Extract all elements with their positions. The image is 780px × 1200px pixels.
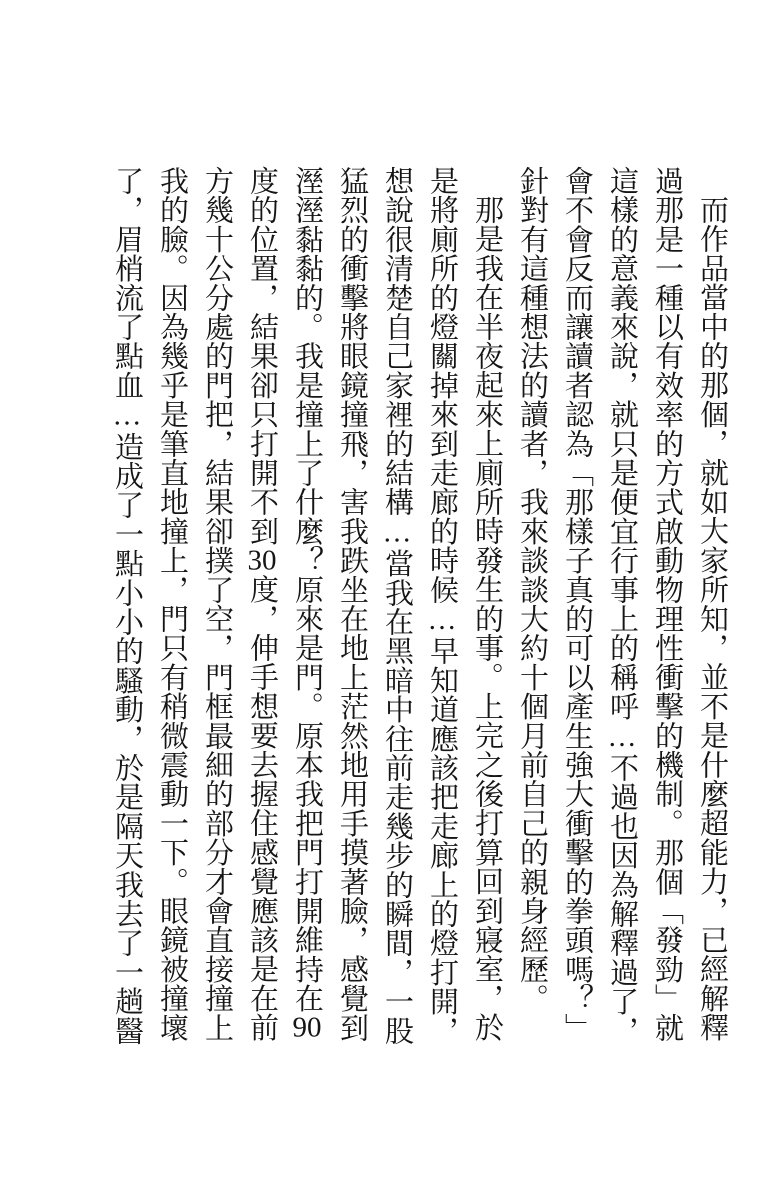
text-column: 這樣的意義來說，就只是便宜行事上的稱呼…不過也因為解釋過了，	[599, 166, 644, 1042]
text-column: 猛烈的衝擊將眼鏡撞飛，害我跌坐在地上茫然地用手摸著臉，感覺到	[329, 166, 374, 1042]
horizontal-number: 30	[246, 546, 278, 575]
text-column: 過那是一種以有效率的方式啟動物理性衝擊的機制。那個「發勁」就	[644, 166, 689, 1042]
text-column: 溼溼黏黏的。我是撞上了什麼？原來是門。原本我把門打開維持在90	[284, 166, 329, 1042]
horizontal-number: 90	[291, 1013, 323, 1042]
text-column: 我的臉。因為幾乎是筆直地撞上，門只有稍微震動一下。眼鏡被撞壞	[149, 166, 194, 1042]
text-column: 會不會反而讓讀者認為「那樣子真的可以產生強大衝擊的拳頭嗎？」	[554, 166, 599, 1042]
vertical-text-block: 而作品當中的那個，就如大家所知，並不是什麼超能力，已經解釋過那是一種以有效率的方…	[104, 166, 734, 1046]
text-column: 那是我在半夜起來上廁所時發生的事。上完之後打算回到寢室，於	[464, 166, 509, 1042]
text-column: 方幾十公分處的門把，結果卻撲了空，門框最細的部分才會直接撞上	[194, 166, 239, 1042]
text-column: 針對有這種想法的讀者，我來談談大約十個月前自己的親身經歷。	[509, 166, 554, 1042]
text-column: 了，眉梢流了點血…造成了一點小小的騷動，於是隔天我去了一趟醫	[104, 166, 149, 1042]
text-column: 而作品當中的那個，就如大家所知，並不是什麼超能力，已經解釋	[689, 166, 734, 1042]
text-column: 是將廁所的燈關掉來到走廊的時候…早知道應該把走廊上的燈打開，	[419, 166, 464, 1042]
text-column: 度的位置，結果卻只打開不到30度，伸手想要去握住感覺應該是在前	[239, 166, 284, 1042]
book-page: 而作品當中的那個，就如大家所知，並不是什麼超能力，已經解釋過那是一種以有效率的方…	[0, 0, 780, 1200]
text-column: 想說很清楚自己家裡的結構…當我在黑暗中往前走幾步的瞬間，一股	[374, 166, 419, 1042]
